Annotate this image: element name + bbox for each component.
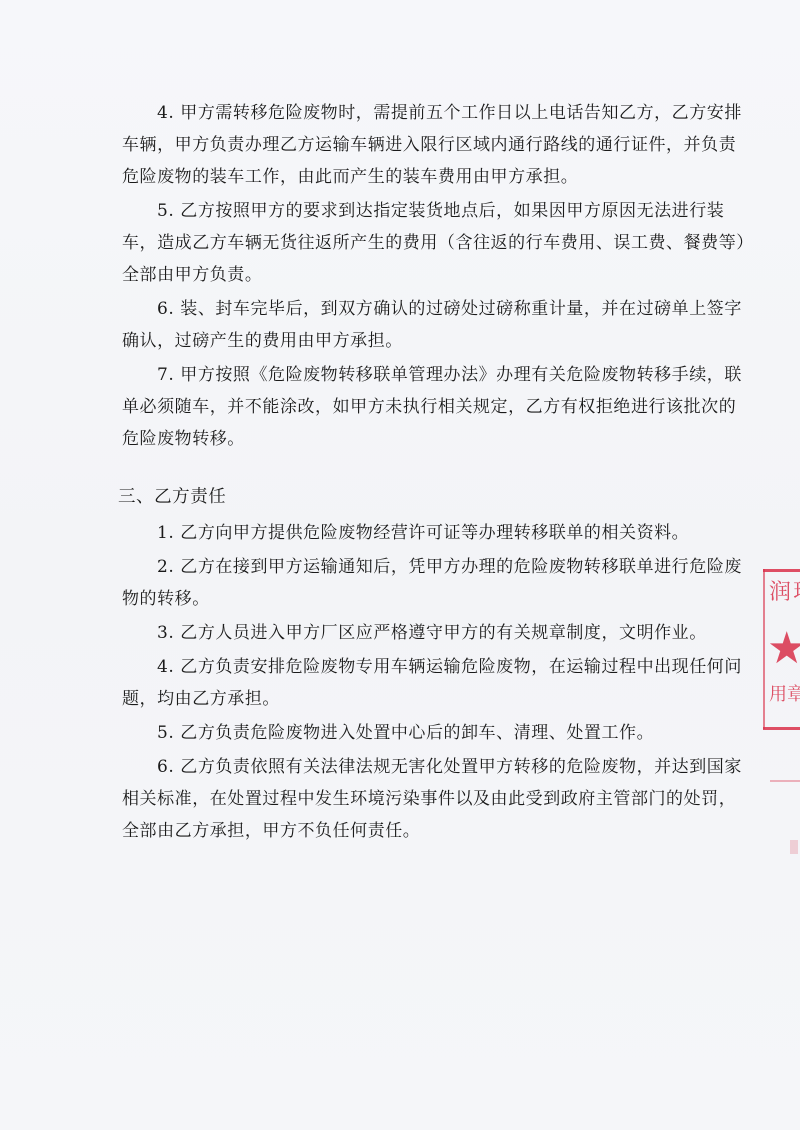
- paragraph-line: 单必须随车，并不能涂改，如甲方未执行相关规定，乙方有权拒绝进行该批次的: [122, 397, 682, 417]
- stamp-border-side: [763, 569, 765, 729]
- paragraph-line: 3. 乙方人员进入甲方厂区应严格遵守甲方的有关规章制度，文明作业。: [157, 623, 682, 643]
- paragraph-line: 全部由甲方负责。: [122, 265, 682, 285]
- paragraph-line: 4. 乙方负责安排危险废物专用车辆运输危险废物，在运输过程中出现任何问: [157, 657, 682, 677]
- paragraph-line: 4. 甲方需转移危险废物时，需提前五个工作日以上电话告知乙方，乙方安排: [157, 103, 682, 123]
- section-heading: 三、乙方责任: [118, 487, 678, 507]
- red-seal-stamp: 润环 ★ 用章: [757, 565, 800, 735]
- paragraph-line: 车辆，甲方负责办理乙方运输车辆进入限行区域内通行路线的通行证件，并负责: [122, 135, 682, 155]
- paragraph-line: 车，造成乙方车辆无货往返所产生的费用（含往返的行车费用、误工费、餐费等）: [122, 233, 682, 253]
- paragraph-line: 危险废物的装车工作，由此而产生的装车费用由甲方承担。: [122, 167, 682, 187]
- paragraph-line: 题，均由乙方承担。: [122, 689, 682, 709]
- paragraph-line: 6. 装、封车完毕后，到双方确认的过磅处过磅称重计量，并在过磅单上签字: [157, 299, 682, 319]
- paragraph-line: 危险废物转移。: [122, 429, 682, 449]
- paragraph-line: 1. 乙方向甲方提供危险废物经营许可证等办理转移联单的相关资料。: [157, 523, 682, 543]
- paragraph-line: 6. 乙方负责依照有关法律法规无害化处置甲方转移的危险废物，并达到国家: [157, 757, 682, 777]
- paragraph-line: 确认，过磅产生的费用由甲方承担。: [122, 331, 682, 351]
- paragraph-line: 全部由乙方承担，甲方不负任何责任。: [122, 821, 682, 841]
- document-page: 4. 甲方需转移危险废物时，需提前五个工作日以上电话告知乙方，乙方安排 车辆，甲…: [0, 0, 800, 1130]
- stamp-border-top: [763, 569, 800, 572]
- stamp-text-top: 润环: [769, 575, 800, 606]
- star-icon: ★: [767, 627, 800, 671]
- paragraph-line: 7. 甲方按照《危险废物转移联单管理办法》办理有关危险废物转移手续，联: [157, 365, 682, 385]
- stamp-bleed-mark: [770, 780, 800, 782]
- stamp-border-bottom: [763, 727, 800, 730]
- paragraph-line: 5. 乙方负责危险废物进入处置中心后的卸车、清理、处置工作。: [157, 723, 682, 743]
- paragraph-line: 5. 乙方按照甲方的要求到达指定装货地点后，如果因甲方原因无法进行装: [157, 201, 682, 221]
- paragraph-line: 相关标准，在处置过程中发生环境污染事件以及由此受到政府主管部门的处罚，: [122, 789, 682, 809]
- stamp-text-bottom: 用章: [769, 680, 800, 706]
- paragraph-line: 物的转移。: [122, 589, 682, 609]
- paragraph-line: 2. 乙方在接到甲方运输通知后，凭甲方办理的危险废物转移联单进行危险废: [157, 557, 682, 577]
- stamp-bleed-mark: [790, 840, 798, 854]
